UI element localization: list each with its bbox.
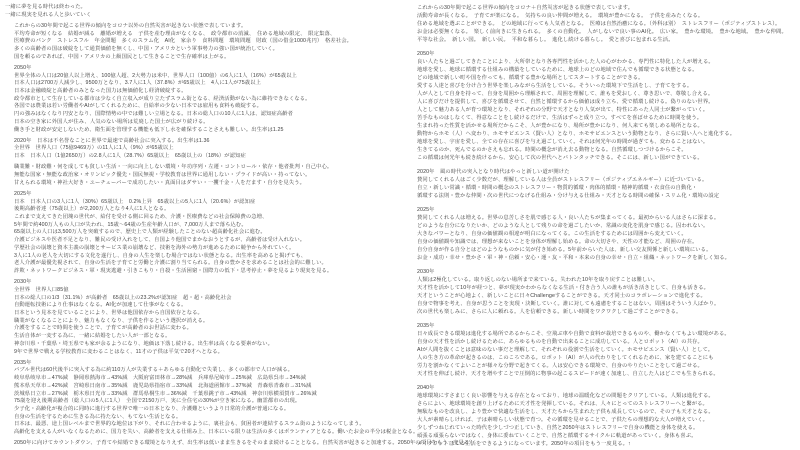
text-line: 良い人たちと過ごしてきたことにより、大所帯となり各専門性を活かした人の心がわかる…	[417, 58, 797, 66]
text-line: 老人介護が最優先視されて、自身の生活を子育てと労働と介護に割り当てられる。自身の…	[14, 260, 407, 268]
text-line: 日本は金融破綻と高齢者のみとなった国力は無価値化し経済破綻する。	[14, 88, 407, 96]
text-line: 日本という見本を見ていることにより、世界は他国依存から自国依存となる。	[14, 310, 407, 318]
text-line: 円の強みはなくなり円安となり、国際情勢の中では難しい立場となる。日本の総人口の1…	[14, 111, 407, 119]
text-line: 少子化・高齢化が複合的に同時に進行する世界で唯一の日本となり、介護難というより日…	[14, 406, 407, 414]
text-line: 天才性を活かして10年が経つと、夢が現実かわからなくなる生活・付き合う人の誰もが…	[417, 284, 797, 292]
text-line: 大人が素晴らしければ、子は素晴らしい状態で育つ。その循環を見せることで、子供たち…	[417, 416, 797, 424]
text-line: 地球を愛し、地球に循環する仕組みの構築をしているために、地球上のどの地域で住んで…	[417, 66, 797, 74]
text-line: 人類は2極化している。取り返しのない場所まで来ている。失われた10年を取り戻すこ…	[417, 276, 797, 284]
text-line: 生きてるのか、死んでるのかさえも忘れる。時間の概念が消え去る動物となる。自然循環…	[417, 146, 797, 154]
text-line: お金・成功・幸せ・豊かさ・軍・神・信頼・安心・運・友・平和・本来の自身の幸せ・自…	[417, 254, 797, 262]
year-heading: 2050年	[417, 50, 797, 58]
paragraph: 2025年賛同してくれる人は増える。世界の息苦しさを肌で感じる人・良い人たちが集…	[417, 206, 797, 262]
year-heading: 2040年	[417, 384, 797, 392]
text-line: 介護をすることで時間を使うことで、子育てが高齢者のお世話に変わる。	[14, 325, 407, 333]
text-line: 神奈川県・千葉県・埼玉県でも家が余るようになり、地価は下落し続ける。出生率は高く…	[14, 341, 407, 349]
paragraph: 2050年世界全体の人口は20億人以上増え、100億人超、2大勢力は米中、世界人…	[14, 65, 407, 134]
paragraph: 2035年日々成長できる環境は進化する場所であるからこそ、空飛ぶ車や自動で食料が…	[417, 322, 797, 378]
text-line: この循環は何光年も続き続けるから、安心して次の世代へとバトンタッチできる。そこに…	[417, 154, 797, 162]
year-heading: 2035年	[417, 322, 797, 330]
paragraph: 職業難・財政難・何を成しても貧しい生活・一向に向上しない環境・年功序列・左遷・コ…	[14, 164, 407, 187]
text-line: 無駄なものを改良し、より豊かで快適な生活をし、天才たちから生まれた子供も成長して…	[417, 408, 797, 416]
text-line: 大きなパワーとなり、自身の価値観の相違が明白になってくる。この生活をするためには…	[417, 230, 797, 238]
text-line: 活動寿命が長くなる。 子育てが楽になる。 気持ちの良い仲間が増える。 環境が豊か…	[417, 12, 797, 20]
text-line: 地球を愛し、宇宙を愛し、全ての存在に喜びを与え過ごしていく。それは何光年の時間が…	[417, 138, 797, 146]
text-line: 労力を割かなくてよいことが様々な分野で起きてくる。人は安心できる環境で、自身のや…	[417, 362, 797, 370]
text-line: 日本は、最悪、途上国レベルまで世界的な地位は下がり、それに合わせるように、裏社会…	[14, 421, 407, 429]
text-line: 全世界 世界人口（75億9469万）の11人に1人（9%）が65歳以上	[14, 145, 407, 153]
text-line: 天才性を伸ばし続け、天才を増やすことで圧倒的に物事の起こるスピードが速く加速し、…	[417, 370, 797, 378]
year-heading: 2050年	[14, 65, 407, 73]
text-line: 賛同してくれる人は増える。世界の息苦しさを肌で感じる人・良い人たちが集まってくる…	[417, 214, 797, 222]
text-line: 75歳を迎え後期高齢者（総人口の5人に1人） 全国で2150万戸、実に全住宅の3…	[14, 398, 407, 406]
right-column-positive-scenario: これからの30年間で起こる世界の傾向をコロナ＋自然災害が起きる状態で表しています…	[417, 4, 797, 450]
text-line: 自身で物事を考え、自身が思うことを実現・決断していく。誰に対しても遠慮をすること…	[417, 300, 797, 308]
paragraph: 2030年人類は2極化している。取り返しのない場所まで来ている。失われた10年を…	[417, 268, 797, 316]
text-line: 地球環境にすさまじく良い影響を与える存在となっており、地球の温暖化などの問題をク…	[417, 392, 797, 400]
text-line: お金は必要無くなる。 楽しく前向きに生きられる。 多くの自動化。 人がしないで良…	[417, 28, 797, 36]
text-line: 人として魅力ある人が育つ環境となり、それぞれの分野で天才となり人気が出て、特性に…	[417, 106, 797, 114]
text-line: これまで支えてきた団塊の世代が、給付を受ける側に回るため、介護・医療費などの社会…	[14, 214, 407, 222]
text-line: 2020年 風の時代の突入となり時代はやっと新しい道が開けた	[417, 168, 797, 176]
year-heading: 2030年	[14, 279, 407, 287]
text-line: 少しずつねじれていった時代を少しづつ正していき、自然と2050年はストレスフリー…	[417, 424, 797, 432]
paragraph: 2020年 風の時代の突入となり時代はやっと新しい道が開けた賛同してくれる人はご…	[417, 168, 797, 200]
text-line: 動物からホモ（人）へ変わり、ホモサピエンス（賢い人）となり、ホモサピエンスという…	[417, 130, 797, 138]
text-line: 国を頼るのであれば、中国・アメリカの上級国民として生きることで生存確率は上がる。	[14, 54, 407, 62]
text-line: バブル世代は60代後半に突入する為に約110万人が失業する＋あらゆる自動化で失業…	[14, 367, 407, 375]
text-line: 岐阜県岐阜市→47%減 静岡県熱海市→43%減 大阪府富田林市→28%減 兵庫県…	[14, 375, 407, 383]
text-line: 自動運転技術により仕事はなくなる。AI化が加速して仕事がなくなる。	[14, 302, 407, 310]
text-line: 賛同してくれる人はごく少数だが、理解している人は全員がストレスフリー（ポジティブ…	[417, 176, 797, 184]
paragraph: 2035年バブル世代は60代後半に突入する為に約110万人が失業する＋あらゆる自…	[14, 360, 407, 437]
paragraph: これからの30年間で起こる世界の傾向をコロナ＋自然災害が起きる状態で表しています…	[417, 4, 797, 44]
text-line: 介護ビジネスや医者不足となり、難民の受け入れをして、自国より他国でまかなおうとす…	[14, 237, 407, 245]
paragraph: 一緒に夢を見る時代は終わった。一緒に現実を見れる人と歩いていく	[5, 4, 407, 19]
text-line: 働き手と財政が安定しないため、衛生面を管理する機能も低下し水を確保することさえも…	[14, 127, 407, 135]
paragraph: これからの30年間で起こる世界の傾向をコロナ以外の自然災害が起きない状態で表して…	[14, 23, 407, 62]
text-line: 天才ということが心地よく、新しいことに日々Challengeすることができる。天…	[417, 292, 797, 300]
paragraph: 2030年全世界 世界人口85億日本の総人口の1/3（31.1%）が高齢者 65…	[14, 279, 407, 356]
left-column-negative-scenario: 一緒に夢を見る時代は終わった。一緒に現実を見れる人と歩いていくこれからの30年間…	[5, 4, 407, 450]
text-line: AIが人間を抜くことは意味のない事だと理解して、それぞれの役割で生活をしていく。…	[417, 346, 797, 354]
paragraph: 2020年 日本は不名誉なことに世界で最速で高齢社会に突入する。出生率は1.36…	[14, 138, 407, 161]
text-line: 人に喜びだけを提供して、喜びを循環させて、自然と循環するから価値は成り立ち、愛で…	[417, 98, 797, 106]
text-line: 各国では農業は若い労働者やAIがしてくれるために、自給率の少ない日本では雇用も食…	[14, 103, 407, 111]
text-line: 自身の価値観や知識では、理想が来ないことを身体が理解し始める。命の大切さや、天性…	[417, 238, 797, 246]
text-line: 愛する人達と喜びを分け合う世界を楽しみながら生活をしている。そういった環境下で生…	[417, 82, 797, 90]
text-line: 次の世代も楽しみに、さらに人に頼れる。人を信頼できる。新しい時間をワクワクして過…	[417, 308, 797, 316]
year-heading: 2025年	[417, 206, 797, 214]
text-line: さらによい、地球環境を創り上げるために天才性を発揮している。それは、人々にとって…	[417, 400, 797, 408]
text-line: 日々成長できる環境は進化する場所であるからこそ、空飛ぶ車や自動で食料が栽培できる…	[417, 330, 797, 338]
text-line: これからの30年間で起こる世界の傾向をコロナ以外の自然災害が起きない状態で表して…	[14, 23, 407, 31]
text-line: 職業難・財政難・何を成しても貧しい生活・一向に向上しない環境・年功序列・左遷・コ…	[14, 164, 407, 172]
text-line: 自分自身が作る自分とはどのようなものかに気が付き始める。5年前からいた人は、新し…	[417, 246, 797, 254]
text-line: どの地域で新しい町や国を作っても、循環する豊かな場所としてスタートすることができ…	[417, 74, 797, 82]
text-line: 生まれ持った性質を活かせる場所だからこそ、人が豊かになり、場所が豊かになり、何人…	[417, 122, 797, 130]
text-line: 全世界 世界人口85億	[14, 287, 407, 295]
text-line: 高齢化を支える人がいなくなるために、国力を失い、高齢者を支える仕組み上、日本にい…	[14, 429, 407, 437]
text-line: 学歴社会の崩壊と資本主義の崩壊とサービス業の崩壊など、技術を海外の勢力が進めるた…	[14, 245, 407, 253]
text-line: 住める地域を選ぶことができる。 どの地域に行っても人気者となる。 医療は自然治癒…	[417, 20, 797, 28]
text-line: 詐欺・ネットワークビジネス・軍・現実逃避・引きこもり・自殺・生活困窮・国際力の低…	[14, 268, 407, 276]
text-line: 生活自体が一変する為に、一緒に結婚をしたい人が一部となる。	[14, 333, 407, 341]
text-line: 9年で世界で戦える学校教育に変わることはなく、11才の子供は平気で20才へとなる…	[14, 349, 407, 357]
text-line: 後期高齢者達（75歳以上）が2,200万人となり4人に1人となる。	[14, 206, 407, 214]
text-line: 日本の空き家に外国人が住み、人気のない場所は荒廃した国土が広がり続ける。	[14, 119, 407, 127]
text-line: 日本人口は2700万人減少し、9500万となり、3.7人に1人（37.8%）が6…	[14, 80, 407, 88]
text-line: 自身の天才性を活かし続けるために、あらゆるものを自動で出来ることに成功している。…	[417, 338, 797, 346]
year-heading: 2025年	[14, 191, 407, 199]
text-line: 甘えられる環境・神社大好き・ユーチューバーで成功したい・真面目はダサい・一攫千金…	[14, 180, 407, 188]
text-line: 熊本県天草市→42%減 宮崎県日南市→35%減 鹿児島県指宿市→33%減 北海道…	[14, 383, 407, 391]
text-line: 人の生き方の革命が起きるのは、このころである。ロボット（AI）が人の代わりをして…	[417, 354, 797, 362]
text-line: 無能な国家・無能な政治家・オリンピック優先・国民無視・学校教育は世界に通用しない…	[14, 172, 407, 180]
text-line: 苦手なものはしなくて、得意なことをし続けるだけで、生活はずっと成り立つ。すべてを…	[417, 114, 797, 122]
text-line: 一緒に現実を見れる人と歩いていく	[5, 12, 407, 20]
year-heading: 2030年	[417, 268, 797, 276]
document-page: 一緒に夢を見る時代は終わった。一緒に現実を見れる人と歩いていくこれからの30年間…	[0, 0, 800, 450]
text-line: 日本 日本人口（1億2650万）の2.8人に1人（28.7%）65歳以上 65歳…	[14, 153, 407, 161]
paragraph: 2025年日本 日本人口の3人に1人（30%）65歳以上 0.2%上昇 65歳以…	[14, 191, 407, 276]
text-line: 平等な社会。 新しい国。 新しい民。 平和な暮らし。 進化し続ける暮らし。 愛と…	[417, 36, 797, 44]
paragraph: 2040年地球環境にすさまじく良い影響を与える存在となっており、地球の温暖化など…	[417, 384, 797, 448]
text-line: 多くの高齢者の国は破綻をして通貨価値を無くし、中国・アメリカという軍事勢力の強い…	[14, 46, 407, 54]
text-line: 一緒に夢を見る時代は終わった。	[5, 4, 407, 12]
text-line: 人が人として自身を持って、自身を周囲から理解されて、周囲を理解して、誰もを愛おし…	[417, 90, 797, 98]
text-line: 頑張る頑張らないではなく、身体に委ねていくことで、自然と循環するサイクルに軌道が…	[417, 432, 797, 440]
text-line: どのような自分になりたいか、どのような人として残りの命を過ごしたいか、常識の変化…	[417, 222, 797, 230]
paragraph: 2050年に向けてカウントダウン、子育てや結婚できる環境となりえず、出生率は低い…	[14, 440, 407, 448]
text-line: 自立・新しい常識・循環・時間の概念のストレスフリー・物質的循環・肉体的循環・精神…	[417, 184, 797, 192]
text-line: これからの30年間で起こる世界の傾向をコロナ＋自然災害が起きる状態で表しています…	[417, 4, 797, 12]
text-line: 医療費のパンク ストレスフル 年金問題 多くのスラム化 AI化 家余り 食料問題…	[14, 38, 407, 46]
text-line: 循環する法則・豊かな仲間・次の世代につなげる仕組み・分け与える仕組み・天才となる…	[417, 192, 797, 200]
text-line: メイクリットはこの生活をできるようになっています。2050年の項目をもう一度見る…	[417, 440, 797, 448]
paragraph: 2050年良い人たちと過ごしてきたことにより、大所帯となり各専門性を活かした人の…	[417, 50, 797, 162]
text-line: 2050年に向けてカウントダウン、子育てや結婚できる環境となりえず、出生率は低い…	[14, 440, 407, 448]
